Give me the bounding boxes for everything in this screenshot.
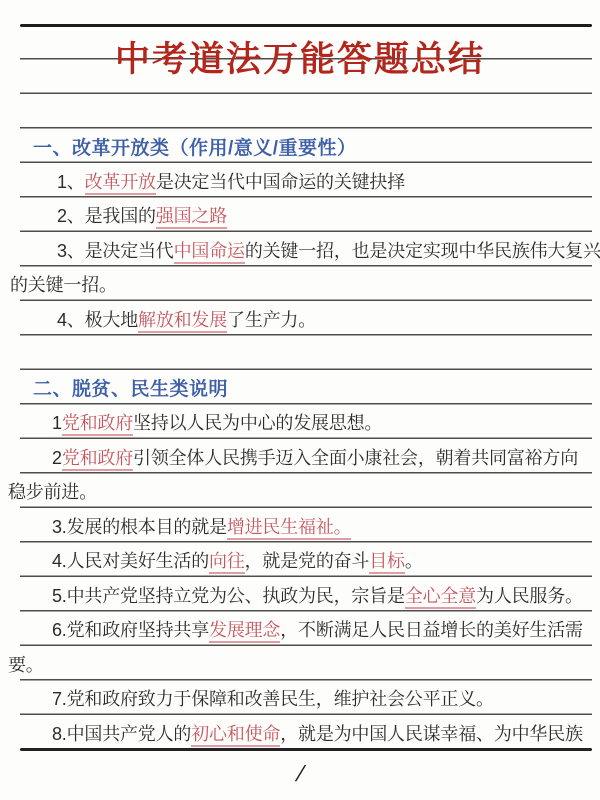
ruled-lines	[20, 25, 592, 716]
page-title: 中考道法万能答题总结	[0, 34, 600, 86]
keyword-highlight: 党和政府	[62, 448, 133, 471]
text-segment: 。	[405, 551, 423, 571]
page-number: /	[0, 760, 600, 788]
text-segment: 稳步前进。	[8, 482, 97, 502]
keyword-highlight: 强国之路	[156, 206, 227, 229]
text-segment: 8.中国共产党人的	[52, 724, 191, 744]
text-segment: 的关键一招。	[10, 275, 117, 295]
note-line: 2、是我国的强国之路	[57, 203, 227, 230]
text-segment: 坚持以人民为中心的发展思想。	[133, 413, 382, 433]
text-segment: 4、极大地	[57, 310, 138, 330]
note-line: 2党和政府引领全体人民携手迈入全面小康社会，朝着共同富裕方向	[52, 445, 578, 472]
keyword-highlight: 中国命运	[174, 241, 245, 264]
note-line: 3、是决定当代中国命运的关键一招，也是决定实现中华民族伟大复兴	[57, 238, 600, 265]
text-segment: ，就是为中国人民谋幸福、为中华民族	[280, 724, 583, 744]
note-line: 6.党和政府坚持共享发展理念，不断满足人民日益增长的美好生活需	[52, 617, 583, 644]
note-line: 8.中国共产党人的初心和使命，就是为中国人民谋幸福、为中华民族	[52, 721, 583, 748]
note-line-wrap: 稳步前进。	[8, 479, 97, 506]
text-segment: 3.发展的根本目的就是	[52, 517, 227, 537]
section-heading: 二、脱贫、民生类说明	[33, 376, 228, 403]
top-rule	[20, 24, 592, 27]
note-line-wrap: 要。	[8, 652, 44, 679]
text-segment: 2	[52, 448, 62, 468]
text-segment: 是决定当代中国命运的关键抉择	[156, 172, 405, 192]
text-segment: 2、是我国的	[57, 206, 156, 226]
note-line: 1党和政府坚持以人民为中心的发展思想。	[52, 410, 382, 437]
text-segment: 6.党和政府坚持共享	[52, 620, 209, 640]
keyword-highlight: 初心和使命	[191, 724, 280, 747]
keyword-highlight: 增进民生福祉。	[227, 517, 352, 540]
text-segment: 1	[52, 413, 62, 433]
bottom-rule	[20, 748, 592, 751]
note-line: 1、改革开放是决定当代中国命运的关键抉择	[57, 169, 405, 196]
text-segment: 7.党和政府致力于保障和改善民生，维护社会公平正义。	[52, 689, 494, 709]
note-line: 7.党和政府致力于保障和改善民生，维护社会公平正义。	[52, 686, 494, 713]
keyword-highlight: 发展理念	[209, 620, 280, 643]
keyword-highlight: 目标	[369, 551, 405, 574]
keyword-highlight: 全心全意	[405, 586, 476, 609]
note-line: 4、极大地解放和发展了生产力。	[57, 307, 316, 334]
text-segment: 了生产力。	[227, 310, 316, 330]
note-line: 4.人民对美好生活的向往，就是党的奋斗目标。	[52, 548, 423, 575]
note-line: 3.发展的根本目的就是增进民生福祉。	[52, 514, 351, 541]
text-segment: 要。	[8, 655, 44, 675]
keyword-highlight: 党和政府	[62, 413, 133, 436]
text-segment: 1、	[57, 172, 85, 192]
text-segment: 5.中共产党坚持立党为公、执政为民，宗旨是	[52, 586, 405, 606]
text-segment: ，就是党的奋斗	[245, 551, 370, 571]
note-line-wrap: 的关键一招。	[10, 272, 117, 299]
notebook-page: 中考道法万能答题总结 一、改革开放类（作用/意义/重要性） 1、改革开放是决定当…	[0, 0, 600, 800]
text-segment: 3、是决定当代	[57, 241, 174, 261]
text-segment: 4.人民对美好生活的	[52, 551, 209, 571]
text-segment: ，不断满足人民日益增长的美好生活需	[280, 620, 583, 640]
keyword-highlight: 向往	[209, 551, 245, 574]
text-segment: 为人民服务。	[476, 586, 583, 606]
section-heading: 一、改革开放类（作用/意义/重要性）	[33, 135, 357, 162]
note-line: 5.中共产党坚持立党为公、执政为民，宗旨是全心全意为人民服务。	[52, 583, 583, 610]
keyword-highlight: 改革开放	[85, 172, 156, 195]
text-segment: 的关键一招，也是决定实现中华民族伟大复兴	[245, 241, 600, 261]
text-segment: 引领全体人民携手迈入全面小康社会，朝着共同富裕方向	[133, 448, 578, 468]
keyword-highlight: 解放和发展	[138, 310, 227, 333]
